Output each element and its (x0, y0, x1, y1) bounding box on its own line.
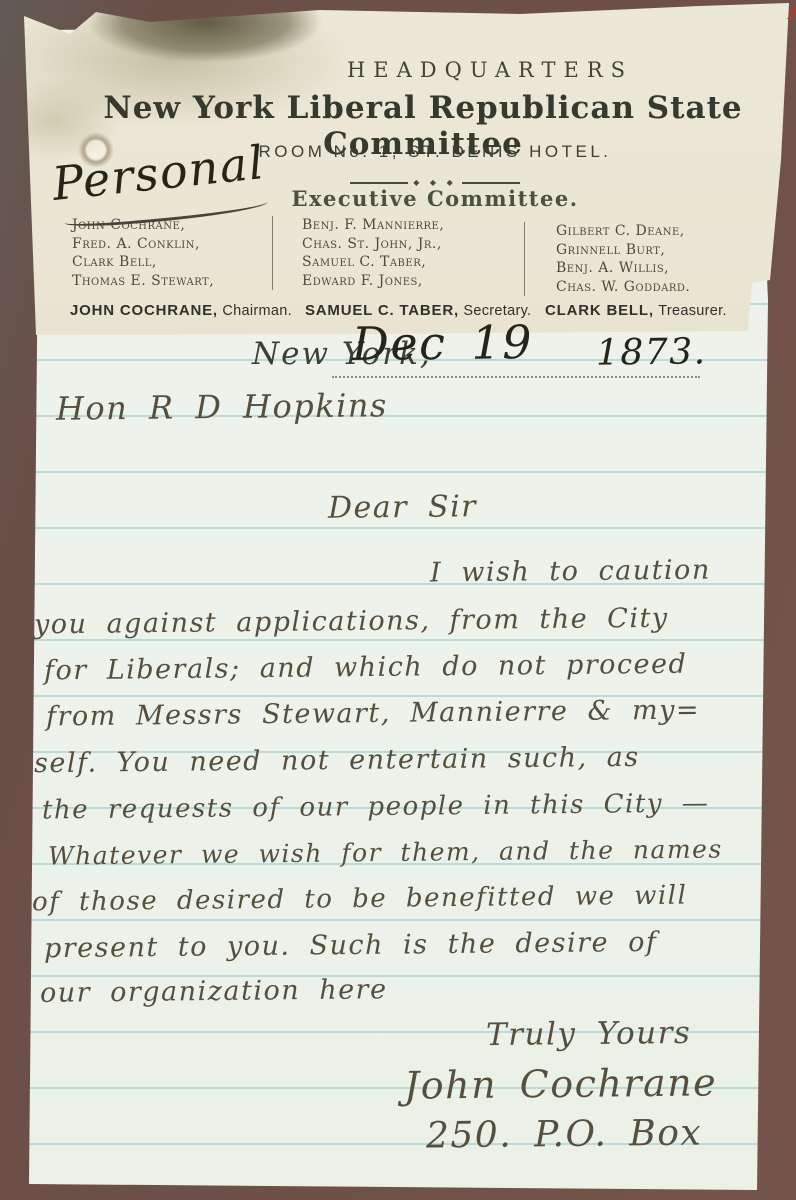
officer-entry: JOHN COCHRANE, Chairman. (70, 302, 292, 320)
letterhead-sheet: HEADQUARTERS New York Liberal Republican… (0, 0, 796, 345)
ornament-dash (350, 182, 408, 184)
dateline-year: 1873. (596, 331, 707, 373)
dateline-date: Dec 19 (352, 315, 534, 371)
column-divider (524, 222, 525, 296)
scanned-letter-photo: HEADQUARTERS New York Liberal Republican… (0, 0, 796, 1200)
committee-member: Chas. St. John, Jr., (302, 235, 444, 254)
officer-name: CLARK BELL, (545, 302, 654, 319)
officer-title: Chairman. (222, 303, 292, 319)
committee-column-1: John Cochrane,Fred. A. Conklin,Clark Bel… (72, 216, 214, 290)
committee-member: Chas. W. Goddard. (556, 278, 690, 297)
committee-member: Edward F. Jones, (302, 272, 444, 291)
officer-title: Treasurer. (658, 303, 727, 319)
ornament-dash (462, 182, 520, 184)
committee-member: Gilbert C. Deane, (556, 222, 690, 241)
column-divider (272, 216, 273, 290)
committee-member: Benj. F. Mannierre, (302, 216, 444, 235)
committee-member: John Cochrane, (72, 216, 214, 235)
officer-entry: CLARK BELL, Treasurer. (545, 302, 727, 320)
headquarters-label: HEADQUARTERS (180, 58, 796, 82)
committee-member: Grinnell Burt, (556, 241, 690, 260)
committee-column-2: Benj. F. Mannierre,Chas. St. John, Jr.,S… (302, 216, 444, 290)
committee-member: Benj. A. Willis, (556, 259, 690, 278)
committee-member: Fred. A. Conklin, (72, 235, 214, 254)
committee-column-3: Gilbert C. Deane,Grinnell Burt,Benj. A. … (556, 222, 690, 296)
committee-member: Samuel C. Taber, (302, 253, 444, 272)
committee-member: Clark Bell, (72, 253, 214, 272)
officer-name: JOHN COCHRANE, (70, 302, 218, 319)
committee-member: Thomas E. Stewart, (72, 272, 214, 291)
